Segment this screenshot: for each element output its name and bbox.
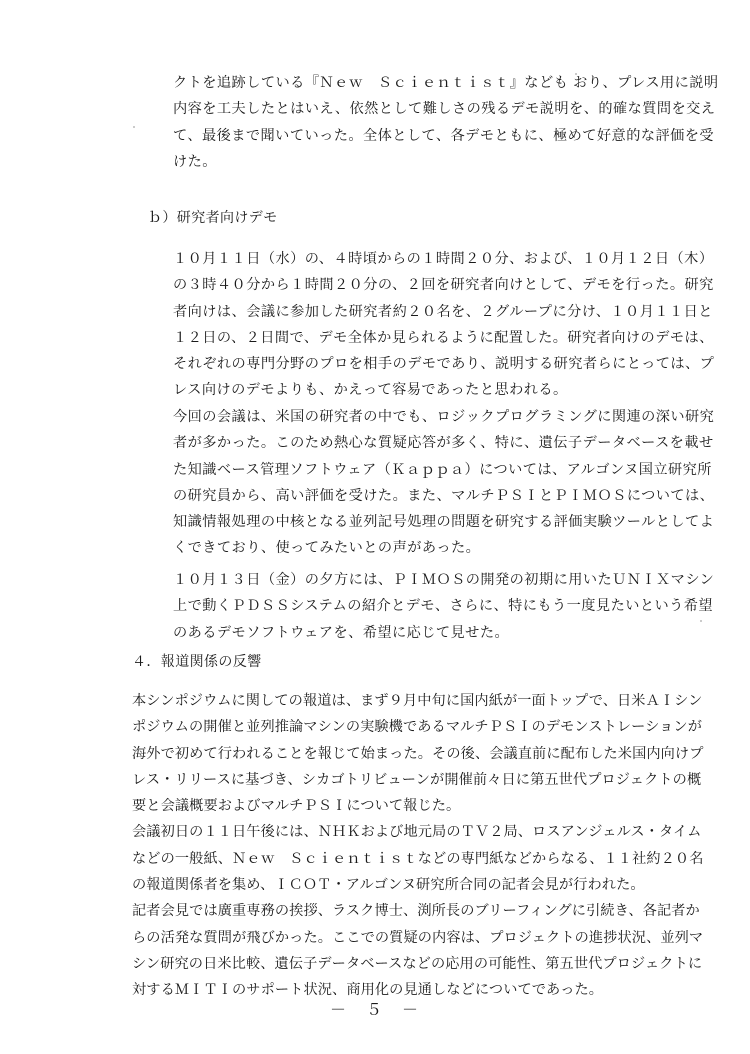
section-heading-researcher-demo: ｂ）研究者向けデモ bbox=[148, 208, 278, 228]
text-line: １０月１３日（金）の夕方には、ＰＩＭＯＳの開発の初期に用いたＵＮＩＸマシン bbox=[173, 567, 714, 593]
page-number: － ５ － bbox=[0, 997, 750, 1020]
text-line: １０月１１日（水）の、４時頃からの１時間２０分、および、１０月１２日（木） bbox=[173, 246, 714, 272]
text-line: 会議初日の１１日午後には、ＮＨＫおよび地元局のＴＶ２局、ロスアンジェルス・タイム bbox=[132, 819, 704, 845]
paragraph-pdss-demo: １０月１３日（金）の夕方には、ＰＩＭＯＳの開発の初期に用いたＵＮＩＸマシン 上で… bbox=[173, 567, 714, 646]
text-line: クトを追跡している『Ｎｅｗ Ｓｃｉｅｎｔｉｓｔ』なども おり、プレス用に説明 bbox=[173, 70, 719, 96]
text-line: シン研究の日米比較、遺伝子データベースなどの応用の可能性、第五世代プロジェクトに bbox=[132, 951, 704, 977]
text-line: の３時４０分から１時間２０分の、２回を研究者向けとして、デモを行った。研究 bbox=[173, 272, 714, 298]
text-line: のあるデモソフトウェアを、希望に応じて見せた。 bbox=[173, 620, 714, 646]
text-line: １２日の、２日間で、デモ全体か見られるように配置した。研究者向けのデモは、 bbox=[173, 325, 714, 351]
scan-speck bbox=[575, 73, 577, 75]
text-line: の報道関係者を集め、ＩＣＯＴ・アルゴンヌ研究所合同の記者会見が行われた。 bbox=[132, 872, 704, 898]
text-line: 海外で初めて行われることを報じて始まった。その後、会議直前に配布した米国内向けプ bbox=[132, 741, 704, 767]
paragraph-press-demo-continuation: クトを追跡している『Ｎｅｗ Ｓｃｉｅｎｔｉｓｔ』なども おり、プレス用に説明 内… bbox=[173, 70, 719, 175]
text-line: 者が多かった。このため熱心な質疑応答が多く、特に、遺伝子データベースを載せ bbox=[173, 430, 714, 456]
text-line: 本シンポジウムに関しての報道は、まず９月中旬に国内紙が一面トップで、日米ＡＩシン bbox=[132, 688, 704, 714]
text-line: 記者会見では廣重専務の挨拶、ラスク博士、渕所長のブリーフィングに引続き、各記者か bbox=[132, 898, 704, 924]
text-line: らの活発な質問が飛びかった。ここでの質疑の内容は、プロジェクトの進捗状況、並列マ bbox=[132, 925, 704, 951]
section-heading-press-response: ４．報道関係の反響 bbox=[132, 652, 262, 672]
text-line: た知識ベース管理ソフトウェア（Ｋａｐｐａ）については、アルゴンヌ国立研究所 bbox=[173, 457, 714, 483]
scan-speck bbox=[700, 620, 702, 622]
text-line: 内容を工夫したとはいえ、依然として難しさの残るデモ説明を、的確な質問を交え bbox=[173, 96, 719, 122]
text-line: 上で動くＰＤＳＳシステムの紹介とデモ、さらに、特にもう一度見たいという希望 bbox=[173, 593, 714, 619]
paragraph-press-coverage: 本シンポジウムに関しての報道は、まず９月中旬に国内紙が一面トップで、日米ＡＩシン… bbox=[132, 688, 704, 1004]
paragraph-conference-feedback: 今回の会議は、米国の研究者の中でも、ロジックプログラミングに関連の深い研究 者が… bbox=[173, 404, 714, 562]
text-line: 知識情報処理の中核となる並列記号処理の問題を研究する評価実験ツールとしてよ bbox=[173, 509, 714, 535]
text-line: 今回の会議は、米国の研究者の中でも、ロジックプログラミングに関連の深い研究 bbox=[173, 404, 714, 430]
text-line: けた。 bbox=[173, 149, 719, 175]
scan-speck bbox=[133, 126, 135, 128]
text-line: の研究員から、高い評価を受けた。また、マルチＰＳＩとＰＩＭＯＳについては、 bbox=[173, 483, 714, 509]
text-line: て、最後まで聞いていった。全体として、各デモともに、極めて好意的な評価を受 bbox=[173, 123, 719, 149]
text-line: 要と会議概要およびマルチＰＳＩについて報じた。 bbox=[132, 793, 704, 819]
text-line: レス・リリースに基づき、シカゴトリビューンが開催前々日に第五世代プロジェクトの概 bbox=[132, 767, 704, 793]
text-line: 者向けは、会議に参加した研究者約２０名を、２グループに分け、１０月１１日と bbox=[173, 299, 714, 325]
paragraph-researcher-demo-schedule: １０月１１日（水）の、４時頃からの１時間２０分、および、１０月１２日（木） の３… bbox=[173, 246, 714, 404]
text-line: レス向けのデモよりも、かえって容易であったと思われる。 bbox=[173, 377, 714, 403]
text-line: などの一般紙、Ｎｅｗ Ｓｃｉｅｎｔｉｓｔなどの専門紙などからなる、１１社約２０名 bbox=[132, 846, 704, 872]
text-line: くできており、使ってみたいとの声があった。 bbox=[173, 535, 714, 561]
text-line: ポジウムの開催と並列推論マシンの実験機であるマルチＰＳＩのデモンストレーションが bbox=[132, 714, 704, 740]
document-page: クトを追跡している『Ｎｅｗ Ｓｃｉｅｎｔｉｓｔ』なども おり、プレス用に説明 内… bbox=[0, 0, 750, 1054]
text-line: それぞれの専門分野のプロを相手のデモであり、説明する研究者らにとっては、プ bbox=[173, 351, 714, 377]
